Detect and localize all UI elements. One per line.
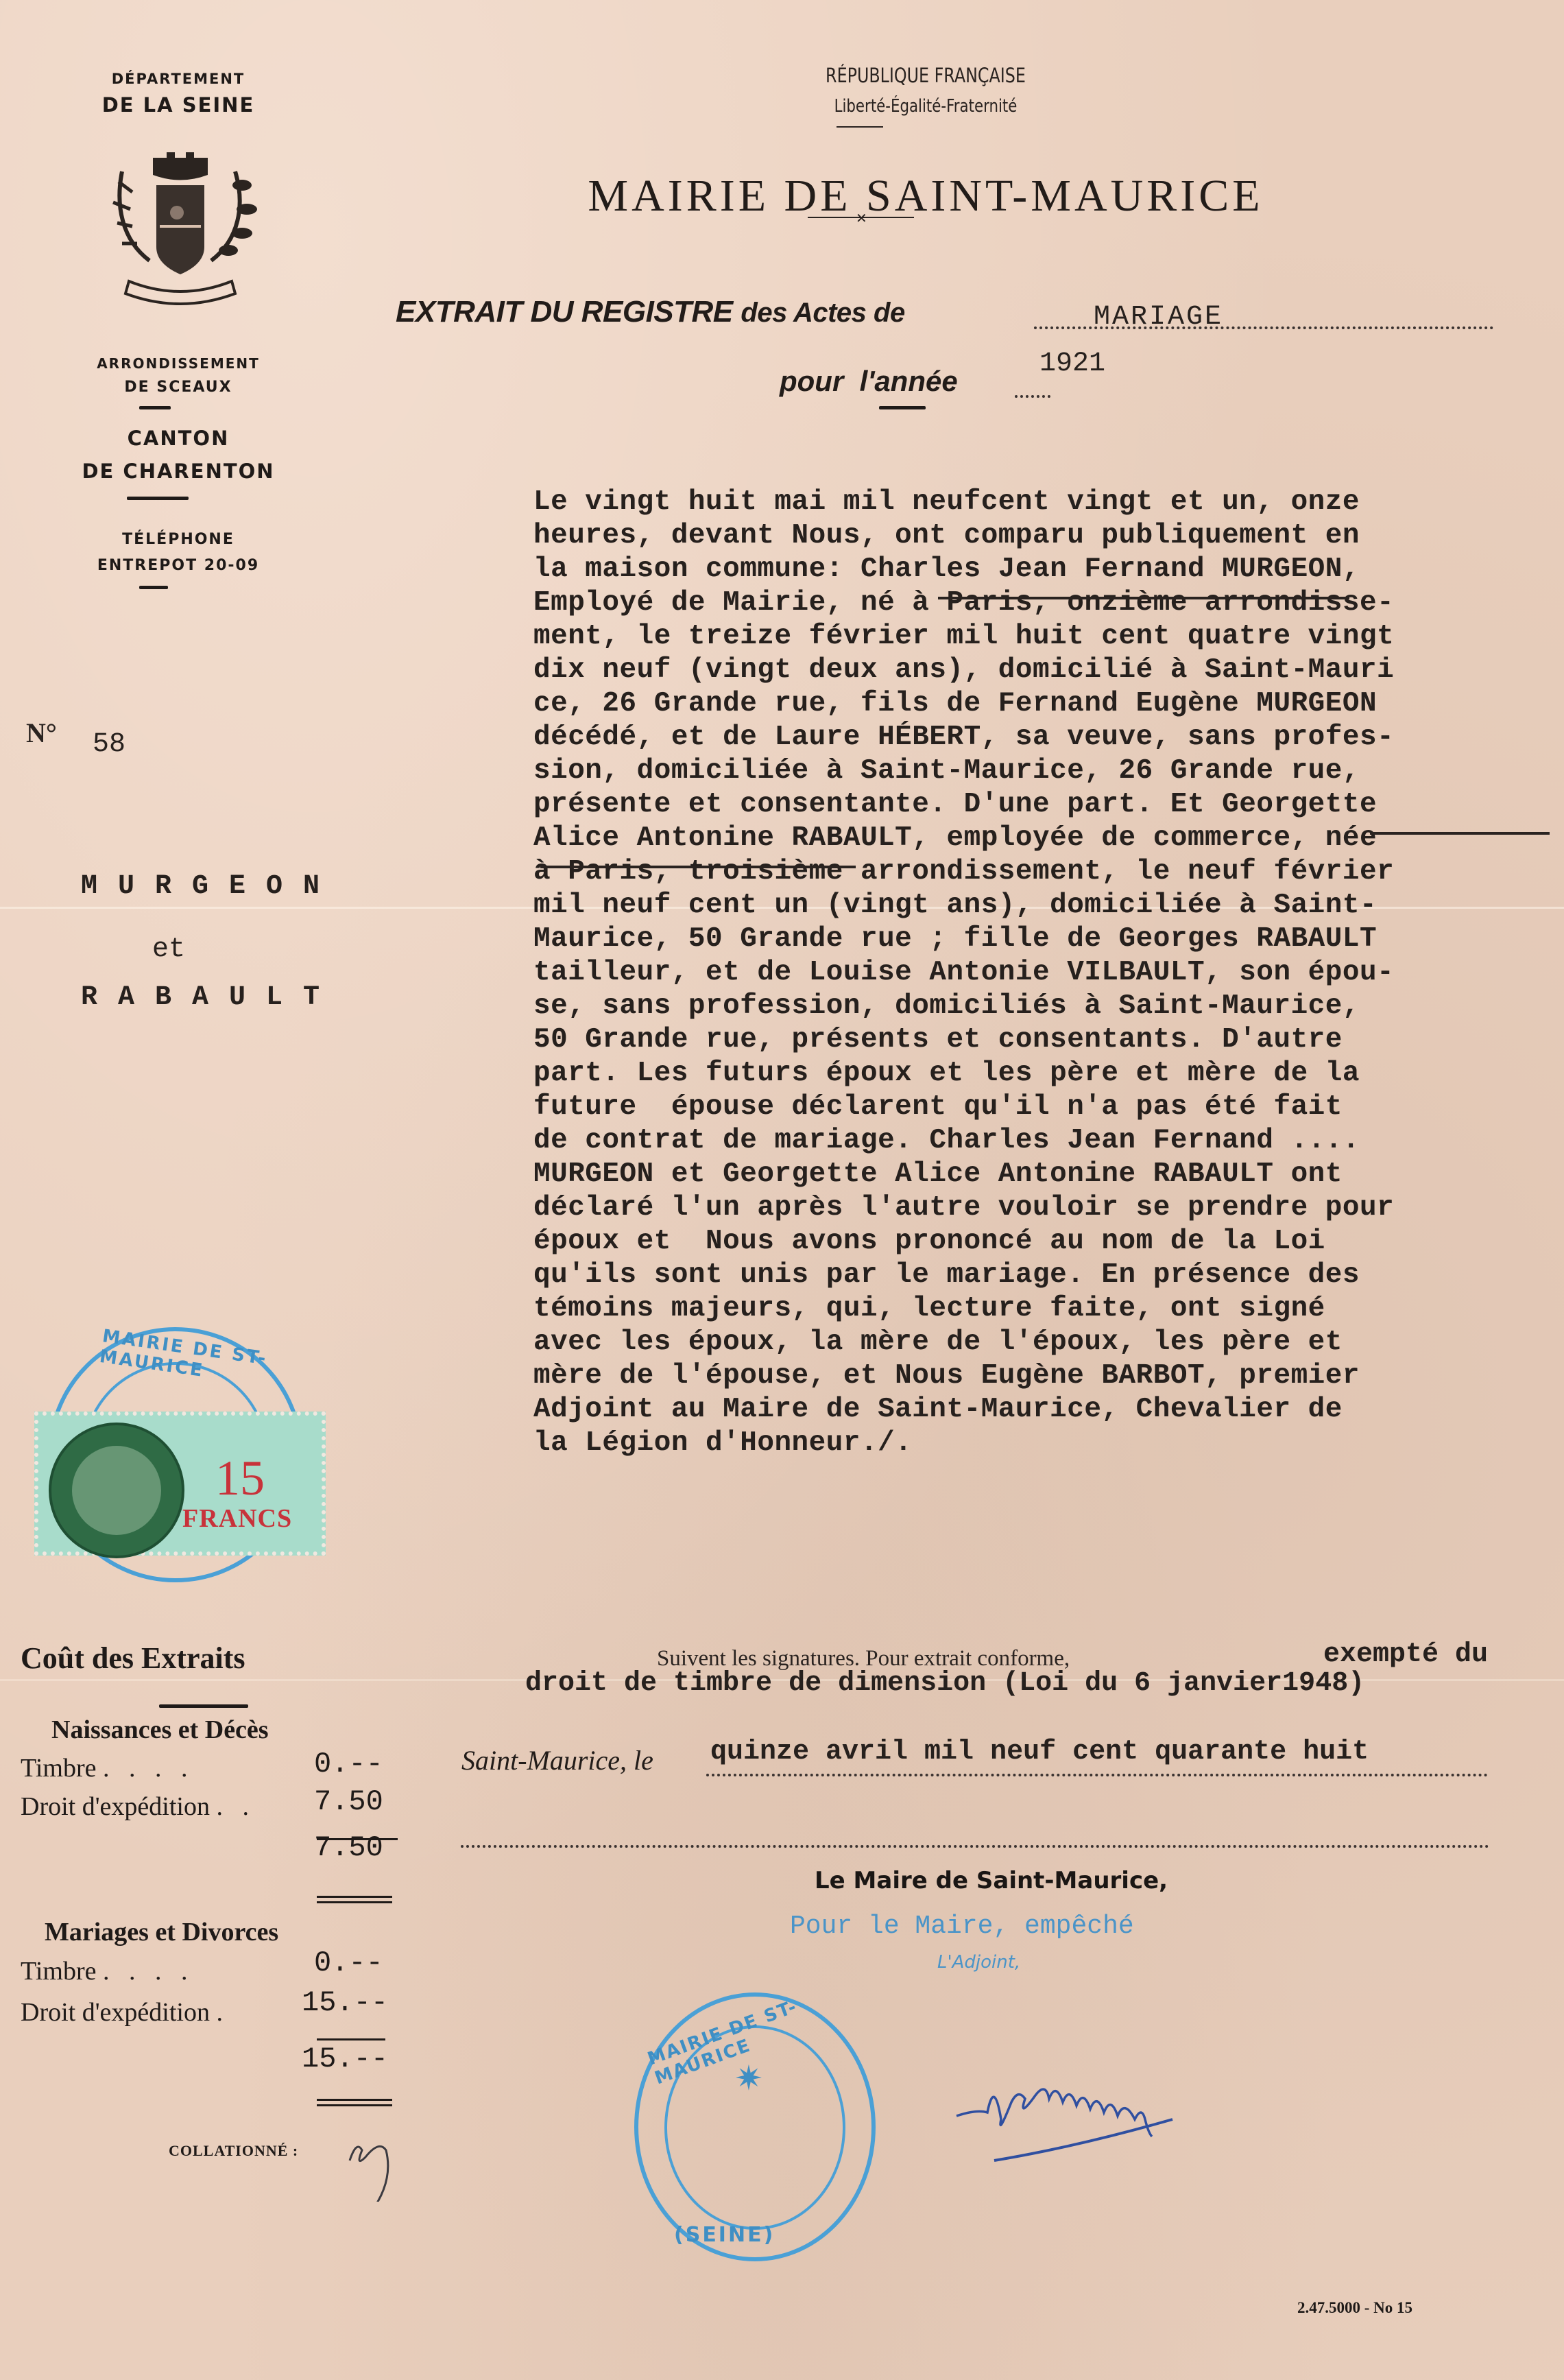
telephone-label: TÉLÉPHONE xyxy=(41,531,315,548)
cost-row-label: Timbre . . . . xyxy=(21,1753,188,1783)
body-line: future épouse déclarent qu'il n'a pas ét… xyxy=(533,1091,1394,1124)
initials-signature-icon xyxy=(336,2119,391,2202)
page-title: MAIRIE DE SAINT-MAURICE xyxy=(480,170,1371,222)
place-label: Saint-Maurice, le xyxy=(461,1744,653,1776)
body-line: heures, devant Nous, ont comparu publiqu… xyxy=(533,519,1394,553)
body-line: MURGEON et Georgette Alice Antonine RABA… xyxy=(533,1158,1394,1191)
print-reference: 2.47.5000 - No 15 xyxy=(1297,2299,1412,2317)
year-line xyxy=(1015,392,1050,398)
year-value: 1921 xyxy=(1039,348,1105,379)
body-line: Adjoint au Maire de Saint-Maurice, Cheva… xyxy=(533,1393,1394,1427)
collationne-label: COLLATIONNÉ : xyxy=(169,2142,298,2160)
extract-heading: EXTRAIT DU REGISTRE des Actes de xyxy=(396,295,905,329)
adjoint-label: L'Adjoint, xyxy=(937,1952,1020,1973)
arrondissement-label: ARRONDISSEMENT xyxy=(41,355,315,372)
cost-row-label: Timbre . . . . xyxy=(21,1956,188,1986)
extract-suffix: des Actes de xyxy=(741,298,904,328)
body-line: mil neuf cent un (vingt ans), domiciliée… xyxy=(533,889,1394,923)
sum-line xyxy=(317,2038,385,2040)
cost-section-heading: Mariages et Divorces xyxy=(45,1917,278,1947)
body-line: ce, 26 Grande rue, fils de Fernand Eugèn… xyxy=(533,687,1394,721)
stamp-unit: FRANCS xyxy=(182,1503,292,1534)
date-line xyxy=(706,1772,1488,1776)
record-number: 58 xyxy=(93,729,125,760)
bride-name-underline xyxy=(540,866,856,868)
extract-label: EXTRAIT DU REGISTRE xyxy=(396,295,733,329)
body-line: sion, domiciliée à Saint-Maurice, 26 Gra… xyxy=(533,754,1394,788)
cost-total: 15.-- xyxy=(302,2043,388,2075)
divider xyxy=(837,126,883,128)
body-line: déclaré l'un après l'autre vouloir se pr… xyxy=(533,1191,1394,1225)
arrondissement-name: DE SCEAUX xyxy=(41,379,315,396)
body-line: époux et Nous avons prononcé au nom de l… xyxy=(533,1225,1394,1259)
cost-row-value: 15.-- xyxy=(302,1986,388,2019)
bride-surname: R A B A U L T xyxy=(81,982,322,1013)
departement-name: DE LA SEINE xyxy=(41,93,315,117)
body-line: Le vingt huit mai mil neufcent vingt et … xyxy=(533,486,1394,519)
coat-of-arms-icon xyxy=(95,144,266,322)
bride-name-underline xyxy=(1370,832,1550,835)
body-line: Maurice, 50 Grande rue ; fille de George… xyxy=(533,923,1394,956)
issue-date: quinze avril mil neuf cent quarante huit xyxy=(710,1737,1369,1768)
body-line: mère de l'épouse, et Nous Eugène BARBOT,… xyxy=(533,1359,1394,1393)
divider xyxy=(139,406,171,409)
body-line: qu'ils sont unis par le mariage. En prés… xyxy=(533,1259,1394,1292)
cost-row-label: Droit d'expédition . xyxy=(21,1997,223,2027)
body-line: part. Les futurs époux et les père et mè… xyxy=(533,1057,1394,1091)
year-label-pour: pour xyxy=(780,365,843,397)
number-label: N° xyxy=(26,717,57,749)
cost-row-label: Droit d'expédition . . xyxy=(21,1792,249,1822)
divider xyxy=(127,497,189,500)
canton-name: DE CHARENTON xyxy=(41,460,315,483)
adjoint-signature xyxy=(953,2078,1282,2188)
body-line: Alice Antonine RABAULT, employée de comm… xyxy=(533,822,1394,855)
seal-bottom-text: (SEINE) xyxy=(674,2223,775,2247)
pour-le-maire-stamp: Pour le Maire, empêché xyxy=(790,1912,1134,1941)
cost-row-value: 0.-- xyxy=(314,1748,383,1781)
mayor-label: Le Maire de Saint-Maurice, xyxy=(815,1867,1168,1894)
body-line: dix neuf (vingt deux ans), domicilié à S… xyxy=(533,654,1394,687)
republic-motto: Liberté-Égalité-Fraternité xyxy=(729,96,1122,117)
cost-row-value: 7.50 xyxy=(314,1785,383,1818)
fiscal-stamp: 15 FRANCS xyxy=(34,1412,326,1556)
exemption-line-1: exempté du xyxy=(1323,1639,1488,1670)
body-line: 50 Grande rue, présents et consentants. … xyxy=(533,1023,1394,1057)
telephone-value: ENTREPOT 20-09 xyxy=(41,557,315,574)
canton-label: CANTON xyxy=(41,427,315,450)
exemption-line-2: droit de timbre de dimension (Loi du 6 j… xyxy=(525,1668,1364,1699)
republic-label: RÉPUBLIQUE FRANÇAISE xyxy=(729,64,1122,87)
cost-row-value: 0.-- xyxy=(314,1947,383,1979)
divider xyxy=(139,586,168,589)
cost-section-heading: Naissances et Décès xyxy=(51,1715,269,1745)
cost-total: 7.50 xyxy=(314,1831,383,1864)
groom-name-underline xyxy=(938,597,1349,599)
act-type-value: MARIAGE xyxy=(1094,302,1223,333)
body-line: ment, le treize février mil huit cent qu… xyxy=(533,620,1394,654)
body-line: à Paris, troisième arrondissement, le ne… xyxy=(533,855,1394,889)
body-line: la maison commune: Charles Jean Fernand … xyxy=(533,553,1394,586)
year-label: pour l'année xyxy=(780,365,958,398)
marianne-medallion-icon xyxy=(49,1423,184,1558)
body-line: se, sans profession, domiciliés à Saint-… xyxy=(533,990,1394,1023)
groom-surname: M U R G E O N xyxy=(81,871,322,902)
body-line: Employé de Mairie, né à Paris, onzième a… xyxy=(533,586,1394,620)
body-line: tailleur, et de Louise Antonie VILBAULT,… xyxy=(533,956,1394,990)
year-label-annee: l'année xyxy=(860,365,958,397)
body-line: la Légion d'Honneur./. xyxy=(533,1427,1394,1460)
double-rule xyxy=(317,2099,392,2101)
divider xyxy=(879,406,926,409)
body-line: présente et consentante. D'une part. Et … xyxy=(533,788,1394,822)
separator-line xyxy=(461,1844,1489,1848)
stamp-value: 15 xyxy=(215,1450,265,1507)
body-line: décédé, et de Laure HÉBERT, sa veuve, sa… xyxy=(533,721,1394,754)
divider xyxy=(159,1704,248,1708)
marriage-record-body: Le vingt huit mai mil neufcent vingt et … xyxy=(533,486,1394,1460)
mairie-seal: (SEINE) MAIRIE DE ST-MAURICE ✷ xyxy=(634,1992,876,2261)
body-line: témoins majeurs, qui, lecture faite, ont… xyxy=(533,1292,1394,1326)
body-line: avec les époux, la mère de l'époux, les … xyxy=(533,1326,1394,1359)
departement-label: DÉPARTEMENT xyxy=(41,71,315,87)
double-rule xyxy=(317,1896,392,1898)
body-line: de contrat de mariage. Charles Jean Fern… xyxy=(533,1124,1394,1158)
name-conjunction: et xyxy=(152,934,185,965)
star-ornament-icon: ✕ xyxy=(856,210,867,227)
marianne-star-icon: ✷ xyxy=(734,2058,763,2098)
cost-title: Coût des Extraits xyxy=(21,1641,245,1676)
